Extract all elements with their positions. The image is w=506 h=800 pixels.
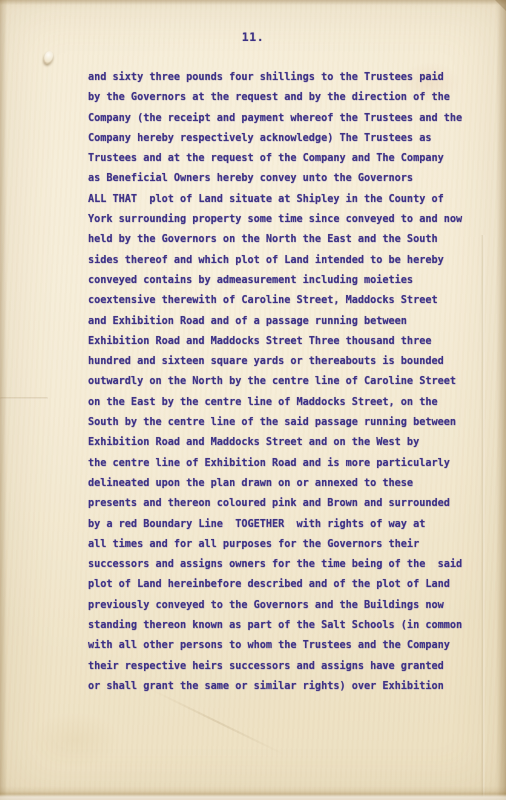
paper-edge-bottom [0,786,506,800]
text-line: hundred and sixteen square yards or ther… [88,352,462,372]
paper-flaw-hole [43,50,55,65]
paper-crease [0,397,48,400]
text-line: held by the Governors on the North the E… [88,230,462,250]
text-line: York surrounding property some time sinc… [88,210,462,230]
paper-edge-right [496,0,506,800]
text-line: sides thereof and which plot of Land int… [88,251,462,271]
text-line: the centre line of Exhibition Road and i… [88,454,462,474]
text-line: and sixty three pounds four shillings to… [88,68,462,88]
text-line: coextensive therewith of Caroline Street… [88,291,462,311]
deed-text-block: and sixty three pounds four shillings to… [88,68,462,697]
text-line: conveyed contains by admeasurement inclu… [88,271,462,291]
paper-corner-topright [495,0,506,11]
text-line: presents and thereon coloured pink and B… [88,494,462,514]
paper-edge-top [0,0,506,5]
text-line: their respective heirs successors and as… [88,657,462,677]
text-line: Exhibition Road and Maddocks Street Thre… [88,332,462,352]
text-line: plot of Land hereinbefore described and … [88,575,462,595]
text-line: with all other persons to whom the Trust… [88,636,462,656]
paper-edge-left [0,0,7,800]
text-line: by a red Boundary Line TOGETHER with rig… [88,515,462,535]
text-line: and Exhibition Road and of a passage run… [88,312,462,332]
text-line: successors and assigns owners for the ti… [88,555,462,575]
paper-stain [30,712,120,768]
text-line: on the East by the centre line of Maddoc… [88,393,462,413]
text-line: Company hereby respectively acknowledge)… [88,129,462,149]
text-line: by the Governors at the request and by t… [88,88,462,108]
scanned-document-page: 11. and sixty three pounds four shilling… [0,0,506,800]
paper-crease [481,235,485,800]
text-line: South by the centre line of the said pas… [88,413,462,433]
text-line: Exhibition Road and Maddocks Street and … [88,433,462,453]
text-line: ALL THAT plot of Land situate at Shipley… [88,190,462,210]
text-line: Company (the receipt and payment whereof… [88,109,462,129]
text-line: as Beneficial Owners hereby convey unto … [88,169,462,189]
paper-crease [150,688,286,756]
text-line: standing thereon known as part of the Sa… [88,616,462,636]
text-line: outwardly on the North by the centre lin… [88,372,462,392]
text-line: previously conveyed to the Governors and… [88,596,462,616]
text-line: or shall grant the same or similar right… [88,677,462,697]
text-line: all times and for all purposes for the G… [88,535,462,555]
text-line: Trustees and at the request of the Compa… [88,149,462,169]
text-line: delineated upon the plan drawn on or ann… [88,474,462,494]
page-number: 11. [0,30,506,44]
